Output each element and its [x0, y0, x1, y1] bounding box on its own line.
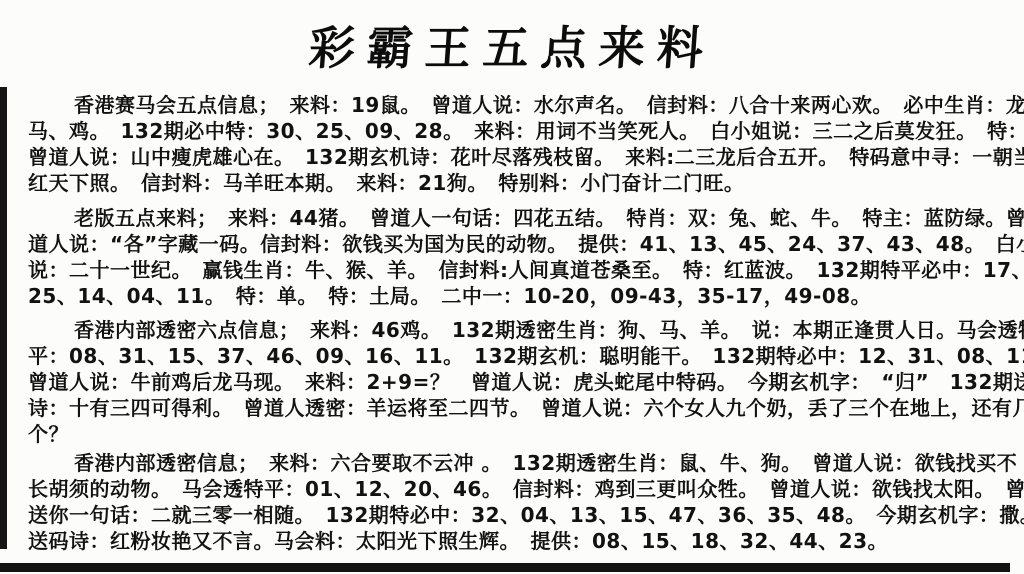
text-line: 老版五点来料； 来料：44猪。 曾道人一句话：四花五结。 特肖：双：兔、蛇、牛。… [28, 205, 1010, 231]
text-line: 平：08、31、15、37、46、09、16、11。 132期玄机：聪明能干。 … [28, 343, 1010, 369]
text-line: 诗：十有三四可得利。 曾道人透密：羊运将至二四节。 曾道人说：六个女人九个奶，丢… [28, 395, 1010, 421]
text-line: 长胡须的动物。 马会透特平：01、12、20、46。 信封料：鸡到三更叫众牲。 … [28, 476, 1010, 502]
text-line: 道人说：“各”字藏一码。信封料：欲钱买为国为民的动物。 提供：41、13、45、… [28, 231, 1010, 257]
text-line: 香港内部透密六点信息； 来料：46鸡。 132期透密生肖：狗、马、羊。 说：本期… [28, 317, 1010, 343]
bottom-edge-bar [0, 563, 1010, 572]
text-line: 曾道人说：牛前鸡后龙马现。 来料：2+9=？ 曾道人说：虎头蛇尾中特码。 今期玄… [28, 369, 1010, 395]
lottery-tip-sheet: 彩霸王五点来料 香港赛马会五点信息； 来料：19鼠。 曾道人说：水尔声名。 信封… [0, 0, 1024, 574]
text-line: 送你一句话：二就三零一相随。 132期特必中：32、04、13、15、47、36… [28, 502, 1010, 528]
text-line: 马、鸡。 132期必中特：30、25、09、28。 来料：用词不当笑死人。 白小… [28, 118, 1010, 144]
text-line: 个？ [28, 421, 1010, 447]
text-line: 香港赛马会五点信息； 来料：19鼠。 曾道人说：水尔声名。 信封料：八合十来两心… [28, 92, 1010, 118]
text-line: 说：二十一世纪。 赢钱生肖：牛、猴、羊。 信封料:人间真道苍桑至。 特：红蓝波。… [28, 257, 1010, 283]
text-line: 红天下照。 信封料：马羊旺本期。 来料：21狗。 特别料：小门奋计二门旺。 [28, 170, 1010, 196]
text-line: 25、14、04、11。 特：单。 特：土局。 二中一：10-20，09-43，… [28, 283, 1010, 309]
section-old-edition-five-point: 老版五点来料； 来料：44猪。 曾道人一句话：四花五结。 特肖：双：兔、蛇、牛。… [28, 205, 1010, 309]
left-edge-bar [0, 87, 7, 549]
page-title: 彩霸王五点来料 [0, 22, 1024, 74]
section-hk-jockey-club-five-point-info: 香港赛马会五点信息； 来料：19鼠。 曾道人说：水尔声名。 信封料：八合十来两心… [28, 92, 1010, 196]
text-line: 送码诗：红粉妆艳又不言。马会料：太阳光下照生辉。 提供：08、15、18、32、… [28, 528, 1010, 554]
text-line: 香港内部透密信息； 来料：六合要取不云冲 。 132期透密生肖：鼠、牛、狗。 曾… [28, 450, 1010, 476]
section-hk-internal-secret-info: 香港内部透密信息； 来料：六合要取不云冲 。 132期透密生肖：鼠、牛、狗。 曾… [28, 450, 1010, 554]
section-hk-internal-secret-six-point-info: 香港内部透密六点信息； 来料：46鸡。 132期透密生肖：狗、马、羊。 说：本期… [28, 317, 1010, 447]
text-line: 曾道人说：山中瘦虎雄心在。 132期玄机诗：花叶尽落残枝留。 来料:二三龙后合五… [28, 144, 1010, 170]
